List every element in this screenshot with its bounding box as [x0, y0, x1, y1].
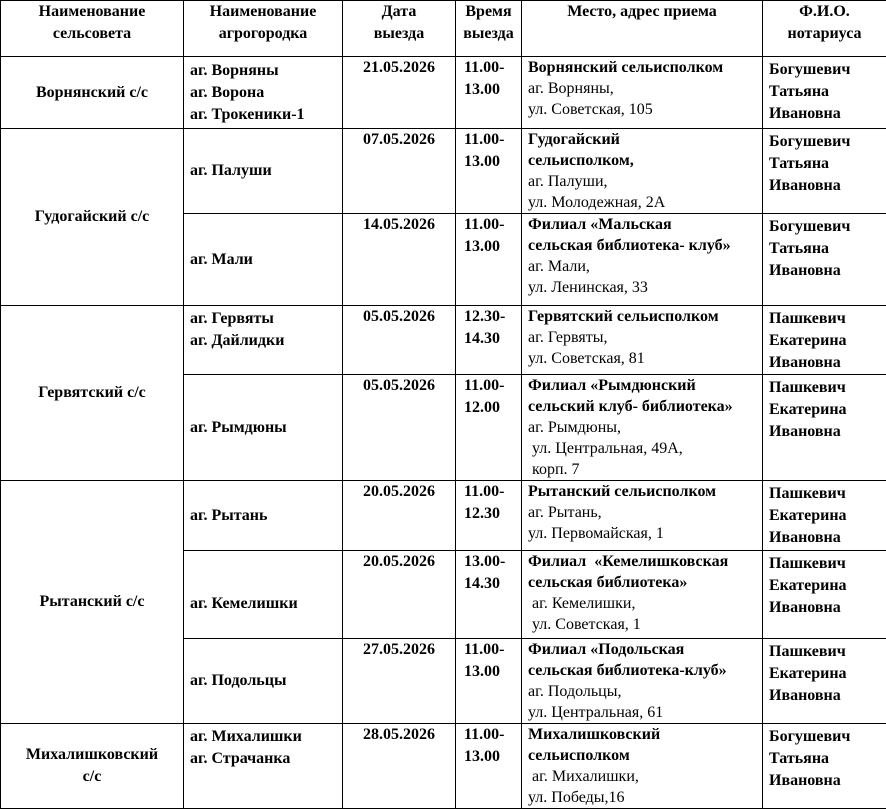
place-name: Филиал «Подольскаясельская библиотека-кл…: [528, 639, 756, 681]
table-row: Ворнянский с/саг. Ворняныаг. Воронааг. Т…: [1, 57, 886, 129]
time-cell: 11.00-13.00: [456, 639, 522, 724]
place-address: аг. Палуши,ул. Молодежная, 2А: [528, 171, 756, 213]
table-row: Рытанский с/саг. Рытань20.05.202611.00-1…: [1, 481, 886, 551]
council-cell: Рытанский с/с: [1, 481, 184, 724]
agrotown-cell: аг. Мали: [184, 214, 343, 306]
table-row: Гудогайский с/саг. Палуши07.05.202611.00…: [1, 129, 886, 214]
place-address: аг. Гервяты,ул. Советская, 81: [528, 327, 756, 369]
date-cell: 20.05.2026: [343, 481, 456, 551]
place-name: Филиал «Кемелишковскаясельская библиотек…: [528, 551, 756, 593]
notary-schedule-table: Наименованиесельсовета Наименованиеагрог…: [0, 0, 886, 794]
place-cell: Филиал «Подольскаясельская библиотека-кл…: [522, 639, 763, 724]
place-address: аг. Рымдюны, ул. Центральная, 49А, корп.…: [528, 417, 756, 480]
header-time: Времявыезда: [456, 1, 522, 57]
place-cell: Рытанский сельисполкомаг. Рытань,ул. Пер…: [522, 481, 763, 551]
place-address: аг. Михалишки,ул. Победы,16: [528, 766, 756, 794]
date-cell: 07.05.2026: [343, 129, 456, 214]
council-cell: Михалишковскийс/с: [1, 724, 184, 795]
time-cell: 11.00-13.00: [456, 129, 522, 214]
place-name: Михалишковскийсельисполком: [528, 724, 756, 766]
agrotown-cell: аг. Михалишкиаг. Страчанка: [184, 724, 343, 795]
place-name: Филиал «Рымдюнскийсельский клуб- библиот…: [528, 375, 756, 417]
header-date: Датавыезда: [343, 1, 456, 57]
notary-cell: ПашкевичЕкатеринаИвановна: [763, 306, 886, 375]
notary-cell: ПашкевичЕкатеринаИвановна: [763, 639, 886, 724]
place-name: Гудогайскийсельисполком,: [528, 129, 756, 171]
place-cell: Ворнянский сельисполкомаг. Ворняны,ул. С…: [522, 57, 763, 129]
notary-cell: БогушевичТатьянаИвановна: [763, 129, 886, 214]
place-address: аг. Мали,ул. Ленинская, 33: [528, 256, 756, 298]
agrotown-cell: аг. Подольцы: [184, 639, 343, 724]
place-address: аг. Подольцы,ул. Центральная, 61: [528, 681, 756, 723]
notary-cell: ПашкевичЕкатеринаИвановна: [763, 481, 886, 551]
council-cell: Гервятский с/с: [1, 306, 184, 481]
place-name: Филиал «Мальскаясельская библиотека- клу…: [528, 214, 756, 256]
time-cell: 11.00-13.00: [456, 724, 522, 795]
place-address: аг. Кемелишки, ул. Советская, 1: [528, 593, 756, 635]
date-cell: 21.05.2026: [343, 57, 456, 129]
date-cell: 05.05.2026: [343, 375, 456, 481]
council-cell: Ворнянский с/с: [1, 57, 184, 129]
place-name: Гервятский сельисполком: [528, 306, 756, 327]
time-cell: 11.00-13.00: [456, 57, 522, 129]
date-cell: 28.05.2026: [343, 724, 456, 795]
header-agrotown: Наименованиеагрогородка: [184, 1, 343, 57]
place-cell: Михалишковскийсельисполком аг. Михалишки…: [522, 724, 763, 795]
header-notary: Ф.И.О.нотариуса: [763, 1, 886, 57]
place-cell: Филиал «Кемелишковскаясельская библиотек…: [522, 551, 763, 639]
notary-cell: ПашкевичЕкатеринаИвановна: [763, 551, 886, 639]
notary-cell: БогушевичТатьянаИвановна: [763, 57, 886, 129]
place-name: Рытанский сельисполком: [528, 481, 756, 502]
agrotown-cell: аг. Рымдюны: [184, 375, 343, 481]
notary-cell: ПашкевичЕкатеринаИвановна: [763, 375, 886, 481]
date-cell: 05.05.2026: [343, 306, 456, 375]
time-cell: 11.00-12.30: [456, 481, 522, 551]
place-cell: Гудогайскийсельисполком,аг. Палуши,ул. М…: [522, 129, 763, 214]
date-cell: 27.05.2026: [343, 639, 456, 724]
agrotown-cell: аг. Рытань: [184, 481, 343, 551]
place-address: аг. Рытань,ул. Первомайская, 1: [528, 502, 756, 544]
time-cell: 11.00-13.00: [456, 214, 522, 306]
agrotown-cell: аг. Кемелишки: [184, 551, 343, 639]
notary-cell: БогушевичТатьянаИвановна: [763, 214, 886, 306]
place-cell: Филиал «Мальскаясельская библиотека- клу…: [522, 214, 763, 306]
time-cell: 13.00-14.30: [456, 551, 522, 639]
date-cell: 14.05.2026: [343, 214, 456, 306]
header-row: Наименованиесельсовета Наименованиеагрог…: [1, 1, 886, 57]
time-cell: 11.00-12.00: [456, 375, 522, 481]
header-council: Наименованиесельсовета: [1, 1, 184, 57]
table-row: Михалишковскийс/саг. Михалишкиаг. Страча…: [1, 724, 886, 795]
notary-cell: БогушевичТатьянаИвановна: [763, 724, 886, 795]
agrotown-cell: аг. Палуши: [184, 129, 343, 214]
place-address: аг. Ворняны,ул. Советская, 105: [528, 78, 756, 120]
date-cell: 20.05.2026: [343, 551, 456, 639]
time-cell: 12.30-14.30: [456, 306, 522, 375]
place-cell: Филиал «Рымдюнскийсельский клуб- библиот…: [522, 375, 763, 481]
agrotown-cell: аг. Гервятыаг. Дайлидки: [184, 306, 343, 375]
table-row: Гервятский с/саг. Гервятыаг. Дайлидки05.…: [1, 306, 886, 375]
header-place: Место, адрес приема: [522, 1, 763, 57]
council-cell: Гудогайский с/с: [1, 129, 184, 306]
place-name: Ворнянский сельисполком: [528, 57, 756, 78]
agrotown-cell: аг. Ворняныаг. Воронааг. Трокеники-1: [184, 57, 343, 129]
place-cell: Гервятский сельисполкомаг. Гервяты,ул. С…: [522, 306, 763, 375]
